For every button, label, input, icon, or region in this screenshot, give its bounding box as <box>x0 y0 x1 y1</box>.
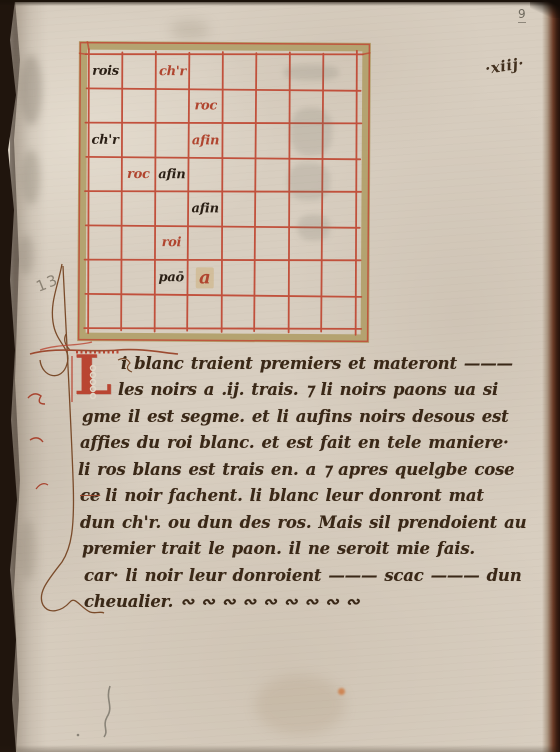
board-piece-afin: afin <box>191 201 218 216</box>
text-line: affies du roi blanc. et est fait en tele… <box>80 433 509 452</box>
parchment-blotch <box>20 520 36 580</box>
board-piece-roc: roc <box>194 99 217 114</box>
board-piece-afin: afin <box>158 167 185 182</box>
board-piece-chr: ch'r <box>159 64 186 79</box>
board-piece-rois: rois <box>92 64 119 79</box>
struck-word: ce <box>80 486 100 505</box>
text-line: celi noir fachent. li blanc leur donront… <box>80 486 484 505</box>
board-pieces: roisch'rrocch'rafinrocafinafinroipaōa <box>77 41 371 343</box>
chess-diagram: roisch'rrocch'rafinrocafinafinroipaōa <box>77 41 371 343</box>
ink-dot <box>338 688 345 695</box>
board-piece-a: a <box>196 267 214 288</box>
parchment-blotch <box>22 150 40 205</box>
board-piece-afin: afin <box>192 133 219 148</box>
ink-folio-number: ·xiij· <box>484 54 526 78</box>
text-line: gme il est segme. et li aufins noirs des… <box>82 407 509 426</box>
board-piece-chr: ch'r <box>92 132 119 147</box>
manuscript-page: roisch'rrocch'rafinrocafinafinroipaōa 9 … <box>0 0 560 752</box>
page-top-edge-line <box>0 0 560 2</box>
text-line: i blanc traient premiers et materont ——— <box>121 354 513 373</box>
text-line: les noirs a .ij. trais. ⁊ li noirs paons… <box>118 380 498 399</box>
text-line: car· li noir leur donroient ——— scac ———… <box>84 566 522 585</box>
page-right-edge <box>542 0 560 752</box>
parchment-blotch <box>18 235 34 275</box>
parchment-blotch <box>20 55 42 125</box>
board-piece-roi: roi <box>162 235 182 250</box>
parchment-stain <box>255 675 345 735</box>
text-line-rest: li noir fachent. li blanc leur donront m… <box>105 486 484 505</box>
text-line: cheualier. ∾ ∾ ∾ ∾ ∾ ∾ ∾ ∾ ∾ <box>84 592 359 611</box>
text-line: premier trait le paon. il ne seroit mie … <box>82 539 475 558</box>
decorated-initial: L <box>74 348 112 402</box>
text-line: dun ch'r. ou dun des ros. Mais sil prend… <box>80 513 526 532</box>
text-line: li ros blans est trais en. a ⁊ apres que… <box>78 460 514 479</box>
board-piece-roc: roc <box>127 167 150 182</box>
pencil-folio-number: 9 <box>518 7 526 23</box>
board-piece-pa: paō <box>159 270 184 285</box>
page-bottom-edge <box>0 745 560 752</box>
page-corner-shadow <box>530 0 560 18</box>
parchment-stain <box>170 20 210 40</box>
